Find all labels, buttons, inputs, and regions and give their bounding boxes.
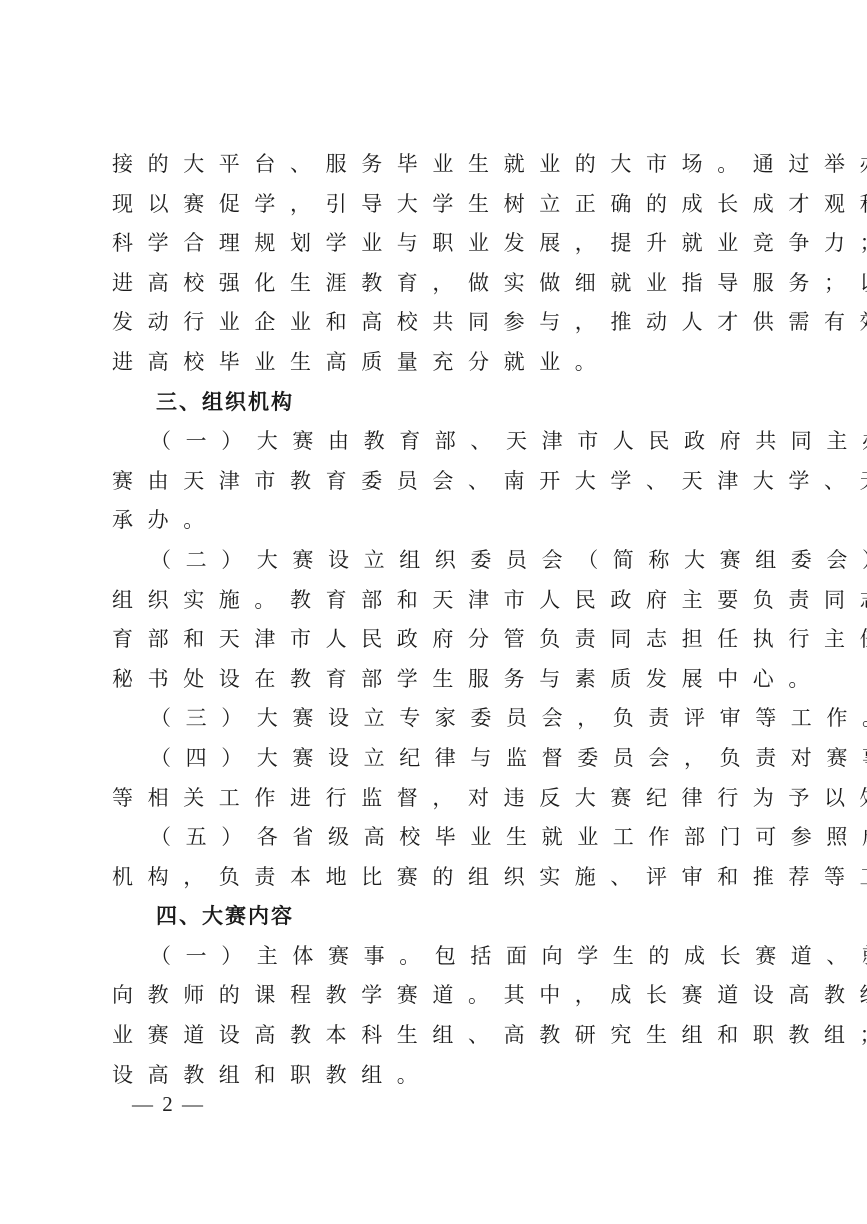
paragraph-start-line: （四）大赛设立纪律与监督委员会，负责对赛事组织、评审 (112, 739, 762, 779)
body-line: 现以赛促学，引导大学生树立正确的成长成才观和择业就业观， (112, 185, 762, 225)
document-page: 接的大平台、服务毕业生就业的大市场。通过举办大赛，更好实 现以赛促学，引导大学生… (0, 0, 867, 1224)
paragraph-start-line: （一）大赛由教育部、天津市人民政府共同主办。全国总决 (112, 422, 762, 462)
body-line: 向教师的课程教学赛道。其中，成长赛道设高教组和职教组，就 (112, 976, 762, 1016)
paragraph-start-line: （三）大赛设立专家委员会，负责评审等工作。 (112, 699, 762, 739)
document-body: 接的大平台、服务毕业生就业的大市场。通过举办大赛，更好实 现以赛促学，引导大学生… (112, 145, 762, 1095)
body-line: 组织实施。教育部和天津市人民政府主要负责同志担任主任，教 (112, 581, 762, 621)
body-line: 育部和天津市人民政府分管负责同志担任执行主任。大赛组委会 (112, 620, 762, 660)
body-line: 机构，负责本地比赛的组织实施、评审和推荐等工作。 (112, 858, 762, 898)
body-line: 发动行业企业和高校共同参与，推动人才供需有效对接，全力促 (112, 303, 762, 343)
body-line: 接的大平台、服务毕业生就业的大市场。通过举办大赛，更好实 (112, 145, 762, 185)
body-line: 进高校毕业生高质量充分就业。 (112, 343, 762, 383)
body-line: 科学合理规划学业与职业发展，提升就业竞争力；以赛促教，促 (112, 224, 762, 264)
paragraph-start-line: （二）大赛设立组织委员会（简称大赛组委会），负责大赛的 (112, 541, 762, 581)
body-line: 赛由天津市教育委员会、南开大学、天津大学、天津师范大学 (112, 462, 762, 502)
section-heading-contest-content: 四、大赛内容 (112, 897, 762, 937)
body-line: 秘书处设在教育部学生服务与素质发展中心。 (112, 660, 762, 700)
paragraph-start-line: （五）各省级高校毕业生就业工作部门可参照成立相应赛事 (112, 818, 762, 858)
body-line: 进高校强化生涯教育，做实做细就业指导服务；以赛促就，广泛 (112, 264, 762, 304)
body-line: 承办。 (112, 501, 762, 541)
section-heading-organization: 三、组织机构 (112, 383, 762, 423)
page-number: — 2 — (132, 1092, 205, 1117)
body-line: 设高教组和职教组。 (112, 1056, 762, 1096)
body-line: 等相关工作进行监督，对违反大赛纪律行为予以处理。 (112, 779, 762, 819)
body-line: 业赛道设高教本科生组、高教研究生组和职教组；课程教学赛道 (112, 1016, 762, 1056)
paragraph-start-line: （一）主体赛事。包括面向学生的成长赛道、就业赛道和面 (112, 937, 762, 977)
